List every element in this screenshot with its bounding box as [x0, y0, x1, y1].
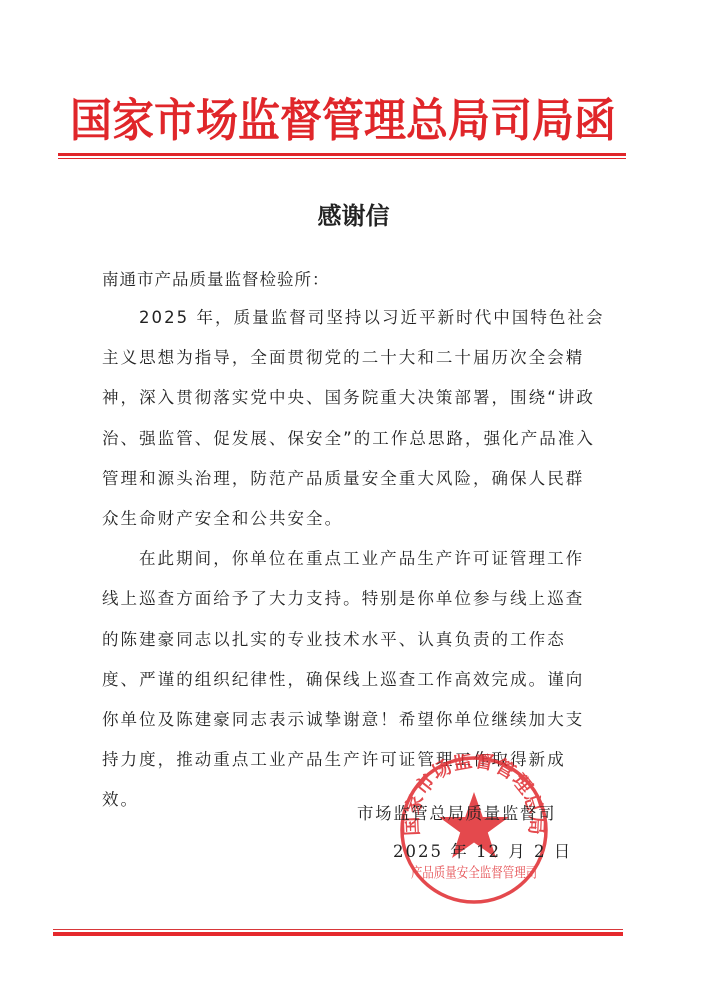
text-line: 2025 年，质量监督司坚持以习近平新时代中国特色社会	[102, 298, 632, 338]
paragraph-2: 在此期间，你单位在重点工业产品生产许可证管理工作 线上巡查方面给予了大力支持。特…	[102, 539, 632, 820]
letter-body: 2025 年，质量监督司坚持以习近平新时代中国特色社会 主义思想为指导，全面贯彻…	[102, 298, 632, 820]
text-line: 治、强监管、促发展、保安全”的工作总思路，强化产品准入	[102, 419, 632, 459]
text-line: 持力度，推动重点工业产品生产许可证管理工作取得新成	[102, 740, 632, 780]
text-line: 的陈建豪同志以扎实的专业技术水平、认真负责的工作态	[102, 620, 632, 660]
text-line: 管理和源头治理，防范产品质量安全重大风险，确保人民群	[102, 459, 632, 499]
text-line: 神，深入贯彻落实党中央、国务院重大决策部署，围绕“讲政	[102, 378, 632, 418]
text-line: 度、严谨的组织纪律性，确保线上巡查工作高效完成。谨向	[102, 660, 632, 700]
footer-rule-thick	[53, 932, 623, 936]
paragraph-1: 2025 年，质量监督司坚持以习近平新时代中国特色社会 主义思想为指导，全面贯彻…	[102, 298, 632, 539]
letterhead-rule-thick	[58, 153, 626, 156]
text-line: 在此期间，你单位在重点工业产品生产许可证管理工作	[102, 539, 632, 579]
signature-date: 2025 年 12 月 2 日	[393, 838, 572, 862]
text-line: 你单位及陈建豪同志表示诚挚谢意！希望你单位继续加大支	[102, 700, 632, 740]
text-line: 众生命财产安全和公共安全。	[102, 499, 632, 539]
signature: 市场监管总局质量监督司	[357, 800, 556, 824]
letterhead-title: 国家市场监督管理总局司局函	[70, 92, 615, 150]
document-title: 感谢信	[0, 196, 707, 231]
salutation: 南通市产品质量监督检验所：	[102, 268, 330, 292]
text-line: 主义思想为指导，全面贯彻党的二十大和二十届历次全会精	[102, 338, 632, 378]
footer-rule-thin	[53, 929, 623, 930]
letterhead-rule-thin	[58, 158, 626, 159]
official-seal: 国家市场监督管理总局 产品质量安全监督管理司	[398, 754, 550, 906]
text-line: 线上巡查方面给予了大力支持。特别是你单位参与线上巡查	[102, 579, 632, 619]
seal-inner-text: 产品质量安全监督管理司	[411, 864, 537, 882]
